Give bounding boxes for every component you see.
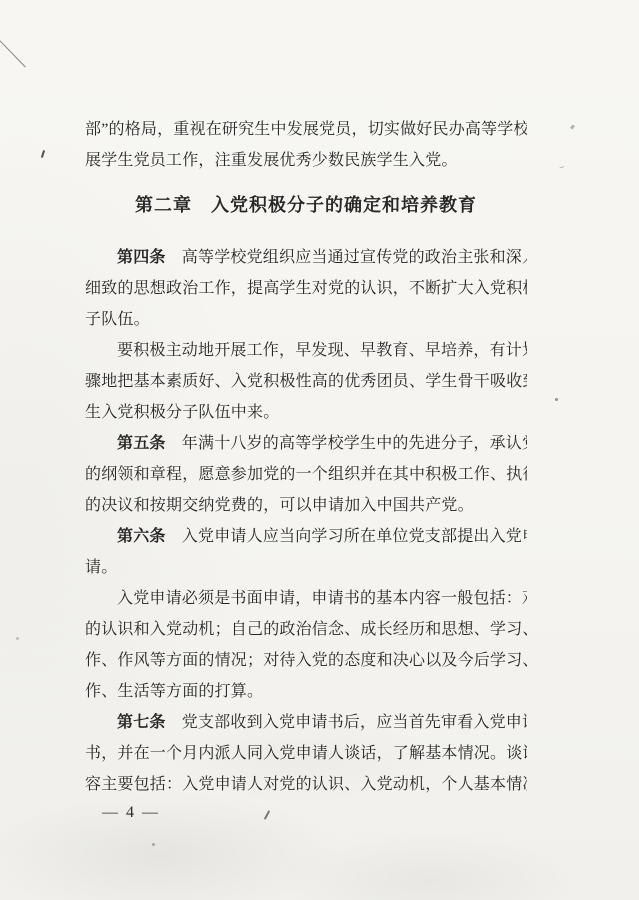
text-line: 第七条 党支部收到入党申请书后，应当首先审看入党申请	[85, 707, 527, 738]
text-line: 要积极主动地开展工作，早发现、早教育、早培养，有计划有步	[85, 335, 527, 366]
scan-speck	[16, 637, 19, 640]
text-line: 作、作风等方面的情况；对待入党的态度和决心以及今后学习、工	[85, 645, 527, 676]
text-column: 部”的格局，重视在研究生中发展党员，切实做好民办高等学校发展学生党员工作，注重发…	[85, 114, 527, 800]
text-line: 第六条 入党申请人应当向学习所在单位党支部提出入党申	[85, 521, 527, 552]
text-line: 作、生活等方面的打算。	[85, 676, 527, 707]
text-line: 书，并在一个月内派人同入党申请人谈话，了解基本情况。谈话内	[85, 738, 527, 769]
text-line: 第四条 高等学校党组织应当通过宣传党的政治主张和深入	[85, 242, 527, 273]
text-line: 请。	[85, 552, 527, 583]
text-line: 细致的思想政治工作，提高学生对党的认识，不断扩大入党积极分	[85, 273, 527, 304]
text-line: 骤地把基本素质好、入党积极性高的优秀团员、学生骨干吸收到学	[85, 366, 527, 397]
article-number-label: 第五条	[117, 435, 166, 452]
text-line: 生入党积极分子队伍中来。	[85, 397, 527, 428]
text-line: 的纲领和章程，愿意参加党的一个组织并在其中积极工作、执行党	[85, 459, 527, 490]
text-line: 子队伍。	[85, 304, 527, 335]
article-number-label: 第七条	[117, 714, 166, 731]
text-line: 入党申请必须是书面申请，申请书的基本内容一般包括：对党	[85, 583, 527, 614]
text-line: 展学生党员工作，注重发展优秀少数民族学生入党。	[85, 145, 527, 176]
text-line: 第五条 年满十八岁的高等学校学生中的先进分子，承认党	[85, 428, 527, 459]
page-number: — 4 —	[102, 804, 160, 822]
article-number-label: 第四条	[117, 249, 166, 266]
chapter-heading: 第二章 入党积极分子的确定和培养教育	[85, 188, 527, 222]
scan-speck	[570, 125, 575, 130]
scan-slash-mark	[264, 810, 270, 820]
text-line: 的认识和入党动机；自己的政治信念、成长经历和思想、学习、工	[85, 614, 527, 645]
scan-speck	[559, 163, 565, 169]
article-number-label: 第六条	[117, 528, 166, 545]
scan-speck	[555, 398, 558, 401]
scan-corner-line-mark	[0, 38, 26, 67]
text-line: 容主要包括：入党申请人对党的认识、入党动机，个人基本情况、成	[85, 769, 527, 800]
scan-speck	[152, 843, 155, 846]
scanned-document-page: 部”的格局，重视在研究生中发展党员，切实做好民办高等学校发展学生党员工作，注重发…	[0, 0, 639, 900]
scan-tick-mark	[41, 150, 45, 158]
text-line: 部”的格局，重视在研究生中发展党员，切实做好民办高等学校发	[85, 114, 527, 145]
text-line: 的决议和按期交纳党费的，可以申请加入中国共产党。	[85, 490, 527, 521]
